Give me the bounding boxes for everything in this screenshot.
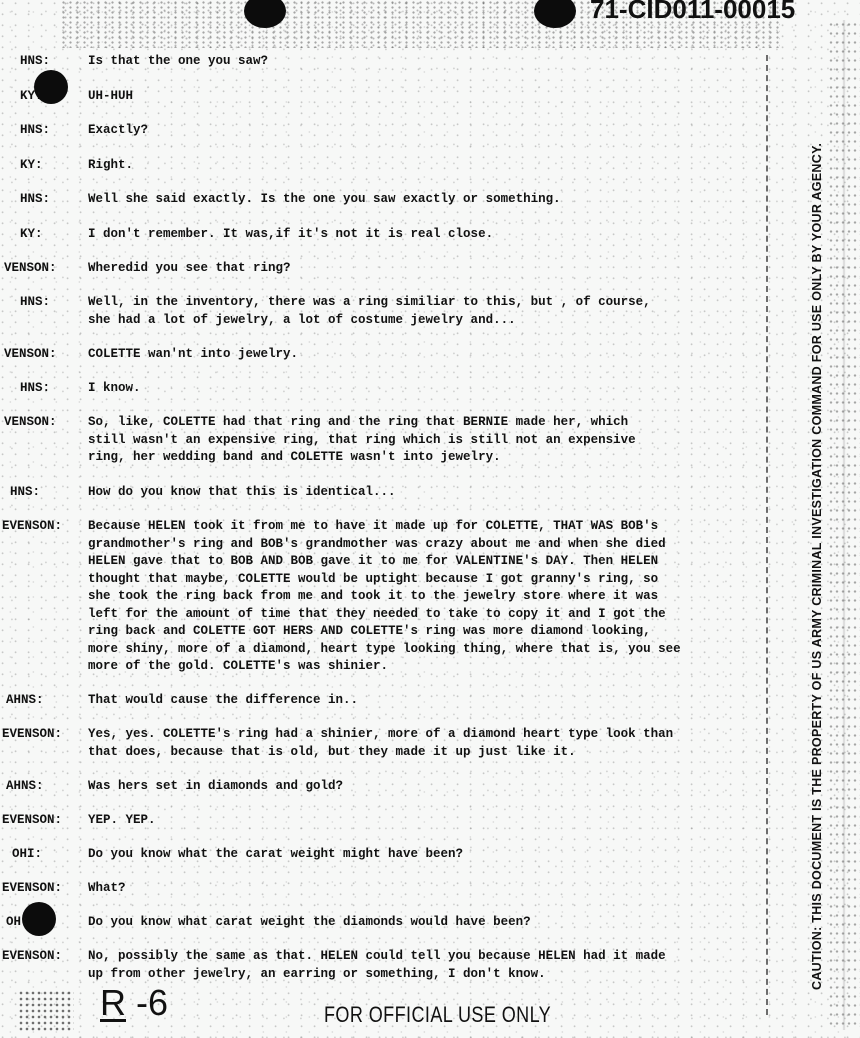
speech-text: Yes, yes. COLETTE's ring had a shinier, …	[88, 726, 788, 761]
stamp-mark	[18, 990, 74, 1032]
speech-text: YEP. YEP.	[88, 812, 788, 830]
speech-text: Wheredid you see that ring?	[88, 260, 788, 278]
speech-text: Because HELEN took it from me to have it…	[88, 518, 788, 676]
speaker-label: HNS:	[20, 122, 86, 140]
speaker-label: OH:	[6, 914, 72, 932]
speech-text: Well, in the inventory, there was a ring…	[88, 294, 788, 329]
speech-text: I don't remember. It was,if it's not it …	[88, 226, 788, 244]
speaker-label: EVENSON:	[2, 880, 68, 898]
speaker-label: HNS:	[20, 53, 86, 71]
speech-text: Well she said exactly. Is the one you sa…	[88, 191, 788, 209]
speaker-label: EVENSON:	[2, 812, 68, 830]
caution-notice: CAUTION: THIS DOCUMENT IS THE PROPERTY O…	[810, 143, 824, 990]
speaker-label: HNS:	[20, 191, 86, 209]
document-id-number: 71-CID011-00015	[590, 0, 795, 25]
speech-text: Do you know what carat weight the diamon…	[88, 914, 788, 932]
speaker-label: HNS:	[10, 484, 76, 502]
speech-text: Is that the one you saw?	[88, 53, 788, 71]
speech-text: So, like, COLETTE had that ring and the …	[88, 414, 788, 467]
speaker-label: VENSON:	[4, 346, 70, 364]
speech-text: I know.	[88, 380, 788, 398]
speaker-label: HNS:	[20, 380, 86, 398]
speech-text: How do you know that this is identical..…	[88, 484, 788, 502]
speaker-label: KY:	[20, 157, 86, 175]
speaker-label: KY:	[20, 88, 86, 106]
speaker-label: AHNS:	[6, 778, 72, 796]
speech-text: UH-HUH	[88, 88, 788, 106]
speaker-label: VENSON:	[4, 414, 70, 432]
speaker-label: OHI:	[12, 846, 78, 864]
speech-text: Do you know what the carat weight might …	[88, 846, 788, 864]
edge-scan-noise	[828, 20, 860, 1030]
speech-text: No, possibly the same as that. HELEN cou…	[88, 948, 788, 983]
speaker-label: KY:	[20, 226, 86, 244]
speaker-label: AHNS:	[6, 692, 72, 710]
margin-divider	[766, 55, 768, 1015]
speech-text: Was hers set in diamonds and gold?	[88, 778, 788, 796]
speaker-label: VENSON:	[4, 260, 70, 278]
document-page: 71-CID011-00015 HNS: Is that the one you…	[0, 0, 860, 1038]
speech-text: What?	[88, 880, 788, 898]
page-code-number: -6	[126, 982, 168, 1023]
page-code-letter: R	[100, 982, 126, 1023]
footer-label: FOR OFFICIAL USE ONLY	[324, 1002, 551, 1028]
speech-text: Exactly?	[88, 122, 788, 140]
speaker-label: EVENSON:	[2, 518, 68, 536]
speech-text: That would cause the difference in..	[88, 692, 788, 710]
speaker-label: HNS:	[20, 294, 86, 312]
speaker-label: EVENSON:	[2, 726, 68, 744]
speech-text: COLETTE wan'nt into jewelry.	[88, 346, 788, 364]
page-code: R -6	[100, 982, 168, 1024]
speaker-label: EVENSON:	[2, 948, 68, 966]
speech-text: Right.	[88, 157, 788, 175]
